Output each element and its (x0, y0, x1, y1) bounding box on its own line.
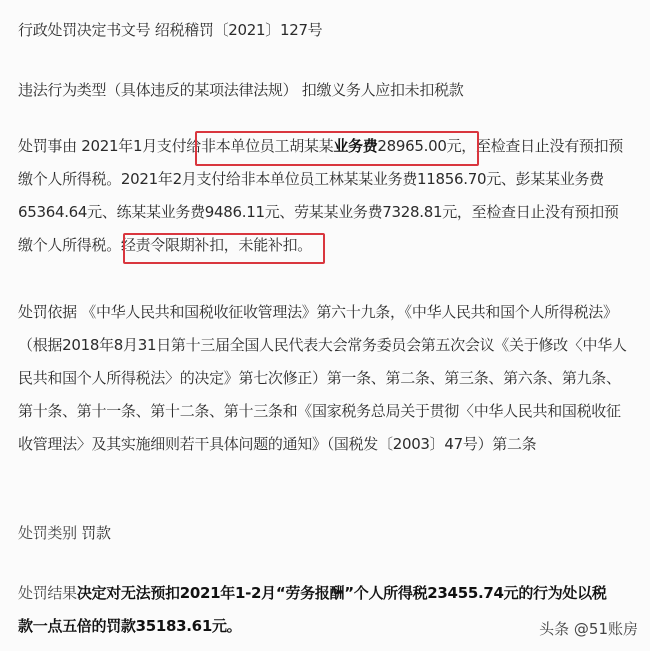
result-value: 决定对无法预扣2021年1-2月“劳务报酬”个人所得税23455.74元的行为处… (18, 584, 607, 635)
violation-type-value: 扣缴义务人应扣未扣税款 (302, 81, 464, 99)
reason-highlight2: 经责令限期补扣，未能补扣。 (121, 236, 312, 254)
penalty-basis-row: 处罚依据 《中华人民共和国税收征收管理法》第六十九条，《中华人民共和国个人所得税… (18, 296, 633, 461)
reason-highlight1-text: 非本单位员工胡某某 (201, 137, 333, 155)
basis-label: 处罚依据 (18, 303, 77, 321)
violation-type-label: 违法行为类型 (18, 81, 106, 99)
reason-part1: 2021年1月支付给 (77, 137, 201, 155)
penalty-category-row: 处罚类别 罚款 (18, 517, 633, 550)
watermark: 头条 @51账房 (539, 618, 638, 639)
result-label: 处罚结果 (18, 584, 77, 602)
decision-number-value: 绍税稽罚〔2021〕127号 (155, 21, 323, 39)
reason-highlight1-bold: 业务费 (333, 137, 377, 155)
decision-number-label: 行政处罚决定书文号 (18, 21, 150, 39)
category-label: 处罚类别 (18, 524, 77, 542)
reason-highlight1: 非本单位员工胡某某业务费28965.00元， (201, 137, 476, 155)
penalty-result-row: 处罚结果决定对无法预扣2021年1-2月“劳务报酬”个人所得税23455.74元… (18, 577, 618, 643)
reason-highlight1-amount: 28965.00元， (377, 137, 476, 155)
violation-type-qualifier: （具体违反的某项法律法规） (106, 81, 297, 99)
category-value: 罚款 (81, 524, 110, 542)
basis-value: 《中华人民共和国税收征收管理法》第六十九条，《中华人民共和国个人所得税法》（根据… (18, 303, 627, 453)
violation-type-row: 违法行为类型（具体违反的某项法律法规） 扣缴义务人应扣未扣税款 (18, 74, 633, 107)
decision-number-row: 行政处罚决定书文号 绍税稽罚〔2021〕127号 (18, 14, 633, 47)
penalty-reason-row: 处罚事由 2021年1月支付给非本单位员工胡某某业务费28965.00元，至检查… (18, 130, 633, 262)
reason-label: 处罚事由 (18, 137, 77, 155)
